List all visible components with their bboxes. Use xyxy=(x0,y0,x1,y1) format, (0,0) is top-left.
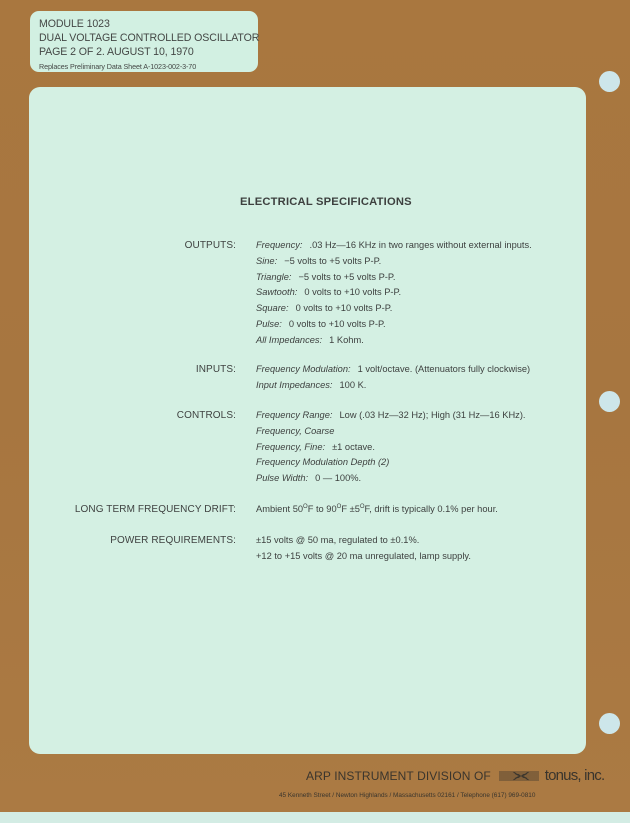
module-number: MODULE 1023 xyxy=(39,18,110,30)
header-label-card: MODULE 1023 DUAL VOLTAGE CONTROLLED OSCI… xyxy=(30,11,258,72)
drift-text: F ±5 xyxy=(341,504,360,514)
spec-value: −5 volts to +5 volts P-P. xyxy=(284,256,381,266)
section-label-controls: CONTROLS: xyxy=(177,410,236,421)
drift-text: F to 90 xyxy=(308,504,337,514)
bottom-strip xyxy=(0,812,630,823)
control-spec-row: Frequency Range:Low (.03 Hz—32 Hz); High… xyxy=(256,410,526,420)
spec-value: 0 volts to +10 volts P-P. xyxy=(289,319,386,329)
replaces-note: Replaces Preliminary Data Sheet A-1023-0… xyxy=(39,62,196,71)
spec-value: 0 volts to +10 volts P-P. xyxy=(296,303,393,313)
content-panel xyxy=(29,87,586,754)
spec-key: Pulse: xyxy=(256,319,282,329)
section-label-outputs: OUTPUTS: xyxy=(185,240,236,251)
output-spec-row: Frequency:.03 Hz—16 KHz in two ranges wi… xyxy=(256,240,532,250)
spec-key: Sine: xyxy=(256,256,277,266)
output-spec-row: Sawtooth:0 volts to +10 volts P-P. xyxy=(256,287,401,297)
spec-key: Triangle: xyxy=(256,272,291,282)
output-spec-row: Triangle:−5 volts to +5 volts P-P. xyxy=(256,272,395,282)
output-spec-row: Sine:−5 volts to +5 volts P-P. xyxy=(256,256,381,266)
page-date: PAGE 2 OF 2. AUGUST 10, 1970 xyxy=(39,46,194,58)
spec-value: ±1 octave. xyxy=(332,442,375,452)
drift-text: F, drift is typically 0.1% per hour. xyxy=(365,504,498,514)
spec-key: Frequency Range: xyxy=(256,410,333,420)
section-label-inputs: INPUTS: xyxy=(196,364,236,375)
spec-key: Pulse Width: xyxy=(256,473,308,483)
spec-value: 0 volts to +10 volts P-P. xyxy=(304,287,401,297)
output-spec-row: Pulse:0 volts to +10 volts P-P. xyxy=(256,319,386,329)
input-spec-row: Input Impedances:100 K. xyxy=(256,380,366,390)
spec-key: Frequency Modulation Depth (2) xyxy=(256,457,389,467)
page-title: ELECTRICAL SPECIFICATIONS xyxy=(240,196,412,208)
spec-key: Frequency, Fine: xyxy=(256,442,325,452)
product-name: DUAL VOLTAGE CONTROLLED OSCILLATOR xyxy=(39,32,259,44)
spec-key: Sawtooth: xyxy=(256,287,297,297)
tonus-logo-text: tonus, inc. xyxy=(545,767,605,784)
tonus-lines-logo-icon xyxy=(499,771,539,781)
spec-key: Frequency Modulation: xyxy=(256,364,351,374)
brand-text: ARP INSTRUMENT DIVISION OF xyxy=(306,769,491,783)
footer-address: 45 Kenneth Street / Newton Highlands / M… xyxy=(279,792,535,799)
spec-value: 1 volt/octave. (Attenuators fully clockw… xyxy=(358,364,531,374)
section-label-power: POWER REQUIREMENTS: xyxy=(110,535,236,546)
power-spec-row: ±15 volts @ 50 ma, regulated to ±0.1%. xyxy=(256,535,419,545)
drift-text: Ambient 50 xyxy=(256,504,303,514)
spec-key: Input Impedances: xyxy=(256,380,333,390)
binder-hole-icon xyxy=(599,391,620,412)
spec-key: All Impedances: xyxy=(256,335,322,345)
spec-value: 1 Kohm. xyxy=(329,335,364,345)
control-spec-row: Pulse Width:0 — 100%. xyxy=(256,473,361,483)
control-spec-row: Frequency, Fine:±1 octave. xyxy=(256,442,375,452)
footer-brand: ARP INSTRUMENT DIVISION OF tonus, inc. xyxy=(306,767,604,784)
section-label-drift: LONG TERM FREQUENCY DRIFT: xyxy=(75,504,236,515)
spec-key: Square: xyxy=(256,303,289,313)
output-spec-row: Square:0 volts to +10 volts P-P. xyxy=(256,303,392,313)
spec-value: 100 K. xyxy=(340,380,367,390)
power-spec-row: +12 to +15 volts @ 20 ma unregulated, la… xyxy=(256,551,471,561)
spec-key: Frequency, Coarse xyxy=(256,426,334,436)
input-spec-row: Frequency Modulation:1 volt/octave. (Att… xyxy=(256,364,530,374)
spec-value: 0 — 100%. xyxy=(315,473,361,483)
spec-value: .03 Hz—16 KHz in two ranges without exte… xyxy=(310,240,532,250)
drift-spec: Ambient 50OF to 90OF ±5OF, drift is typi… xyxy=(256,504,498,514)
spec-value: −5 volts to +5 volts P-P. xyxy=(298,272,395,282)
spec-value: Low (.03 Hz—32 Hz); High (31 Hz—16 KHz). xyxy=(340,410,526,420)
spec-key: Frequency: xyxy=(256,240,303,250)
output-spec-row: All Impedances:1 Kohm. xyxy=(256,335,364,345)
binder-hole-icon xyxy=(599,713,620,734)
control-spec-row: Frequency, Coarse xyxy=(256,426,341,436)
control-spec-row: Frequency Modulation Depth (2) xyxy=(256,457,396,467)
binder-hole-icon xyxy=(599,71,620,92)
